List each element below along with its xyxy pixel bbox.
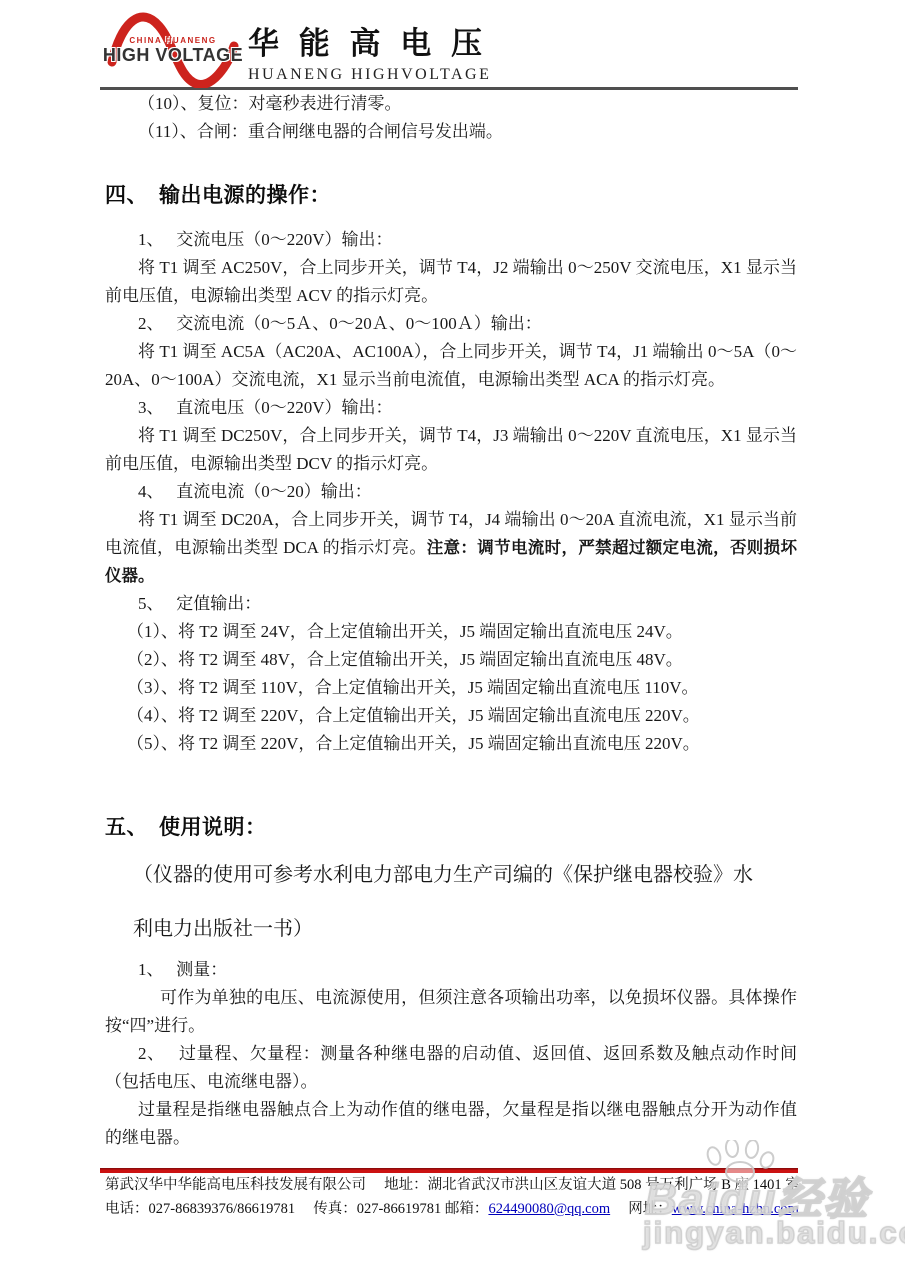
intro-line-11: （11）、合闸：重合闸继电器的合闸信号发出端。	[105, 118, 797, 146]
footer-company-address: 第武汉华中华能高电压科技发展有限公司 地址：湖北省武汉市洪山区友谊大道 508 …	[105, 1173, 905, 1197]
footer-contacts: 电话：027-86839376/86619781 传真：027-86619781…	[105, 1197, 905, 1221]
reference-note-line1: （仪器的使用可参考水利电力部电力生产司编的《保护继电器校验》水	[105, 848, 797, 902]
section4-item4-body: 将 T1 调至 DC20A，合上同步开关，调节 T4，J4 端输出 0～20A …	[105, 506, 797, 590]
section4-item3-title: 3、 直流电压（0～220V）输出：	[105, 394, 797, 422]
section5-heading: 五、 使用说明：	[105, 814, 797, 842]
section4-subitem-3: （3）、将 T2 调至 110V，合上定值输出开关，J5 端固定输出直流电压 1…	[105, 674, 797, 702]
section4-item2-body: 将 T1 调至 AC5A（AC20A、AC100A），合上同步开关，调节 T4，…	[105, 338, 797, 394]
section5-item1-title: 1、 测量：	[105, 956, 797, 984]
section4-item5-title: 5、 定值输出：	[105, 590, 797, 618]
document-page: CHINA HUANENG HIGH VOLTAGE 华 能 高 电 压 HUA…	[0, 0, 905, 1280]
section4-item3-body: 将 T1 调至 DC250V，合上同步开关，调节 T4，J3 端输出 0～220…	[105, 422, 797, 478]
reference-note: （仪器的使用可参考水利电力部电力生产司编的《保护继电器校验》水 利电力出版社一书…	[105, 848, 797, 956]
section4-subitem-2: （2）、将 T2 调至 48V，合上定值输出开关，J5 端固定输出直流电压 48…	[105, 646, 797, 674]
section5-explanation-paragraph: 过量程是指继电器触点合上为动作值的继电器，欠量程是指以继电器触点分开为动作值的继…	[105, 1096, 797, 1152]
section4-item4-title: 4、 直流电流（0～20）输出：	[105, 478, 797, 506]
section4-item1-title: 1、 交流电压（0～220V）输出：	[105, 226, 797, 254]
company-name-english: HUANENG HIGHVOLTAGE	[248, 66, 491, 84]
logo-wordmark: CHINA HUANENG HIGH VOLTAGE	[100, 36, 246, 66]
reference-note-line2: 利电力出版社一书）	[105, 902, 797, 956]
section4-item2-title: 2、 交流电流（0～5Ａ、0～20Ａ、0～100Ａ）输出：	[105, 310, 797, 338]
intro-line-10: （10）、复位：对毫秒表进行清零。	[105, 90, 797, 118]
email-link[interactable]: 624490080@qq.com	[488, 1201, 610, 1217]
footer-phone-fax: 电话：027-86839376/86619781 传真：027-86619781…	[105, 1201, 488, 1217]
section4-subitem-5: （5）、将 T2 调至 220V，合上定值输出开关，J5 端固定输出直流电压 2…	[105, 730, 797, 758]
company-name: 华 能 高 电 压 HUANENG HIGHVOLTAGE	[248, 18, 491, 84]
company-name-chinese: 华 能 高 电 压	[248, 18, 491, 63]
logo-small-text: CHINA HUANENG	[100, 36, 246, 45]
footer-website-label: 网址：	[610, 1201, 672, 1217]
website-link[interactable]: www.china-hzhn.com	[672, 1201, 799, 1217]
section5-item2-paragraph: 2、 过量程、欠量程：测量各种继电器的启动值、返回值、返回系数及触点动作时间（包…	[105, 1040, 797, 1096]
section5-item1-body: 可作为单独的电压、电流源使用，但须注意各项输出功率，以免损坏仪器。具体操作按“四…	[105, 984, 797, 1040]
logo-big-text: HIGH VOLTAGE	[100, 45, 246, 66]
section4-subitem-4: （4）、将 T2 调至 220V，合上定值输出开关，J5 端固定输出直流电压 2…	[105, 702, 797, 730]
section4-item1-body: 将 T1 调至 AC250V，合上同步开关，调节 T4，J2 端输出 0～250…	[105, 254, 797, 310]
section4-heading: 四、 输出电源的操作：	[105, 182, 797, 210]
document-body: （10）、复位：对毫秒表进行清零。 （11）、合闸：重合闸继电器的合闸信号发出端…	[0, 90, 905, 1152]
section4-subitem-1: （1）、将 T2 调至 24V，合上定值输出开关，J5 端固定输出直流电压 24…	[105, 618, 797, 646]
header: CHINA HUANENG HIGH VOLTAGE 华 能 高 电 压 HUA…	[100, 0, 905, 87]
